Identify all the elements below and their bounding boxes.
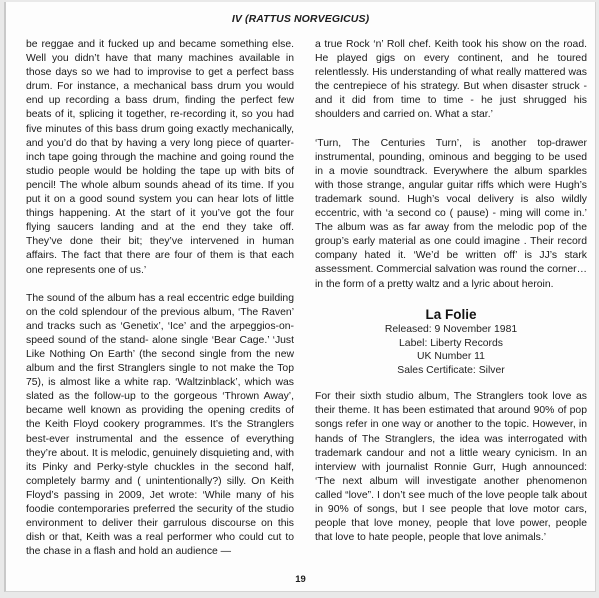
running-header: IV (RATTUS NORVEGICUS) bbox=[6, 13, 595, 25]
paragraph: The sound of the album has a real eccent… bbox=[26, 292, 294, 560]
left-column: be reggae and it fucked up and became so… bbox=[26, 38, 294, 573]
sales-certificate: Sales Certificate: Silver bbox=[315, 364, 587, 378]
record-label: Label: Liberty Records bbox=[315, 337, 587, 351]
book-page: IV (RATTUS NORVEGICUS) be reggae and it … bbox=[4, 2, 596, 592]
album-section-heading: La Folie Released: 9 November 1981 Label… bbox=[315, 306, 587, 379]
album-title: La Folie bbox=[315, 306, 587, 323]
paragraph: ‘Turn, The Centuries Turn’, is another t… bbox=[315, 137, 587, 292]
paragraph: For their sixth studio album, The Strang… bbox=[315, 390, 587, 545]
paragraph: a true Rock ‘n’ Roll chef. Keith took hi… bbox=[315, 38, 587, 123]
chart-position: UK Number 11 bbox=[315, 350, 587, 364]
page-number: 19 bbox=[6, 574, 595, 585]
paragraph: be reggae and it fucked up and became so… bbox=[26, 38, 294, 278]
release-date: Released: 9 November 1981 bbox=[315, 323, 587, 337]
right-column: a true Rock ‘n’ Roll chef. Keith took hi… bbox=[315, 38, 587, 559]
